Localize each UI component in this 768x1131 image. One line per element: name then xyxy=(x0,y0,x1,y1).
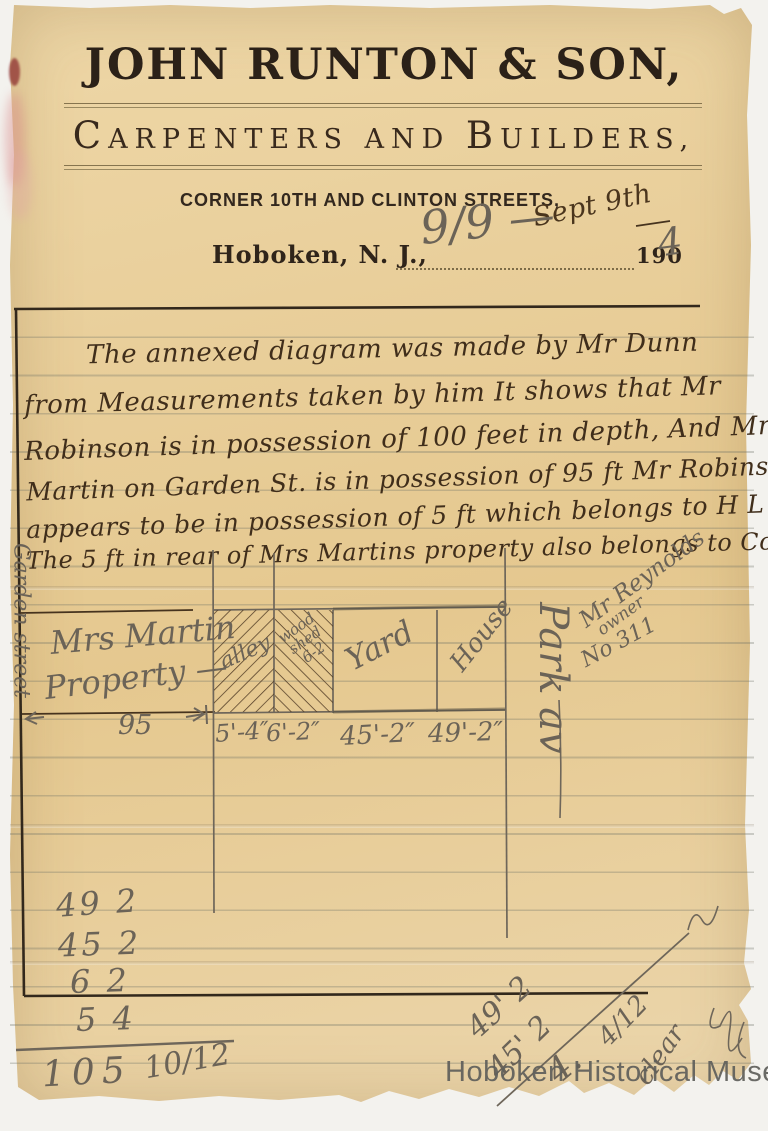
rule-double xyxy=(64,103,702,108)
measurement-house: 49'-2″ xyxy=(427,717,503,750)
street-label-right: Park av xyxy=(530,538,576,818)
measurement-yard: 45'-2″ xyxy=(339,718,416,752)
subtitle-initial: C xyxy=(73,114,108,157)
subtitle-initial: B xyxy=(466,114,500,157)
measurement-alley: 5'-4″ xyxy=(214,716,270,748)
subtitle-text: UILDERS, xyxy=(500,124,695,155)
calc-total: 105 xyxy=(41,1050,133,1096)
museum-watermark: Hoboken Historical Museum xyxy=(445,1056,768,1089)
calc-row: 45 2 xyxy=(57,924,142,965)
street-label-left: Garden street xyxy=(9,501,34,741)
calc-row: 49 2 xyxy=(55,881,141,925)
subtitle-text: ARPENTERS AND xyxy=(108,124,466,155)
calc-row: 5 4 xyxy=(75,999,136,1039)
measurement-95: 95 xyxy=(118,710,152,741)
letterhead-subtitle: CARPENTERS AND BUILDERS, xyxy=(0,114,768,157)
measurement-shed: 6'-2″ xyxy=(265,717,321,748)
rule-double xyxy=(64,165,702,170)
scanned-document-page: { "letterhead": { "title": "JOHN RUNTON … xyxy=(0,0,768,1131)
letterhead-title: JOHN RUNTON & SON, xyxy=(0,40,768,90)
calc-row: 6 2 xyxy=(69,961,130,1001)
